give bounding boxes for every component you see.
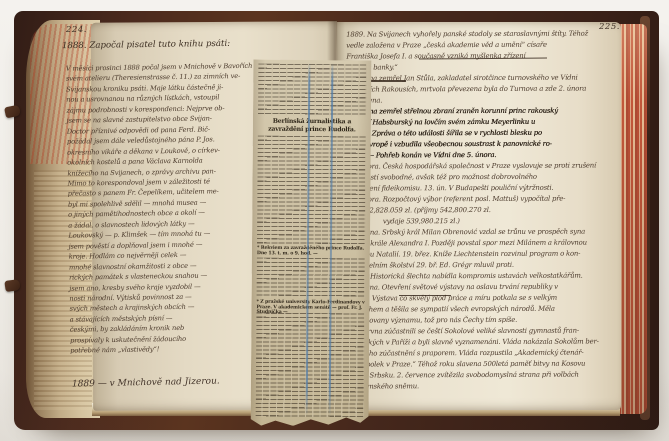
handwriting-line: ský spolek v Praze.“ Téhož roku slavena … <box>348 358 620 370</box>
newsprint-block <box>256 313 365 418</box>
clipping-subheadline-university: * Z pražské university Karlo-Ferdinandov… <box>256 300 365 316</box>
blue-pencil-line <box>329 63 333 416</box>
handwriting-line: 1889. Na Svijanech vyhořely panské stodo… <box>346 28 618 40</box>
blue-pencil-line <box>306 63 310 416</box>
handwriting-line: do zemského sněmu. <box>348 380 620 392</box>
handwriting-line: 10. února. Česká hospodářská společnost … <box>347 160 619 172</box>
left-page-handwriting: V měsíci prosinci 1888 počal jsem v Mnic… <box>66 60 283 356</box>
ink-underline-svetova-vystava <box>399 295 451 296</box>
clipping-headline: Berlínská žurnalistika a zavraždění prin… <box>257 118 367 134</box>
handwriting-line: matkou Natalií. 19. břez. Kníže Liechten… <box>347 248 619 260</box>
right-page-handwriting: 1889. Na Svijanech vyhořely panské stodo… <box>346 28 620 392</box>
newsprint-block <box>257 136 366 245</box>
photograph-open-chronicle: 224. 1888. Započal pisatel tuto knihu ps… <box>0 0 669 441</box>
clipping-headline-line2: zavraždění prince Rudolfa. <box>257 125 367 133</box>
newspaper-clipping: Berlínská žurnalistika a zavraždění prin… <box>251 60 372 427</box>
left-page-number: 224. <box>66 25 87 35</box>
clipping-headline-line1: Berlínská žurnalistika a <box>257 118 367 126</box>
handwriting-line: v Dolních Rakousích, mrtvola převezena b… <box>346 83 618 95</box>
page-edges-right-red <box>619 24 647 414</box>
newsprint-block <box>257 258 365 299</box>
clipping-subheadline-rekviem: * Rekviem za zavražděného prince Rudolfa… <box>257 246 366 257</box>
handwriting-line: 31. bř. Historická šlechta nabídla kompr… <box>347 270 619 282</box>
newsprint-block <box>258 64 366 117</box>
